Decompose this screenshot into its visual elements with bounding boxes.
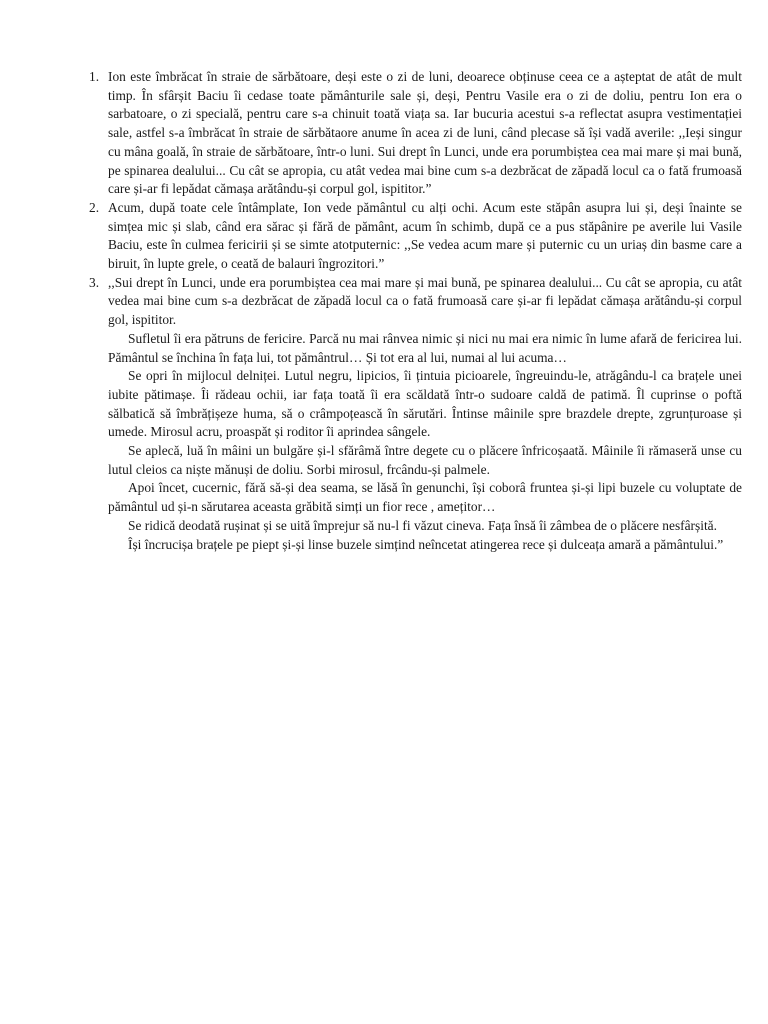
paragraph: Sufletul îi era pătruns de fericire. Par… <box>108 330 742 367</box>
quote-opening-paragraph: ,,Sui drept în Lunci, unde era porumbișt… <box>108 274 742 330</box>
paragraph: Apoi încet, cucernic, fără să-și dea sea… <box>108 479 742 516</box>
numbered-list: 1. Ion este îmbrăcat în straie de sărbăt… <box>88 68 742 554</box>
paragraph: Acum, după toate cele întâmplate, Ion ve… <box>108 199 742 274</box>
paragraph: Ion este îmbrăcat în straie de sărbătoar… <box>108 68 742 199</box>
list-number: 3. <box>89 274 99 293</box>
list-number: 1. <box>89 68 99 87</box>
list-item-2: 2. Acum, după toate cele întâmplate, Ion… <box>88 199 742 274</box>
paragraph: Se aplecă, luă în mâini un bulgăre și-l … <box>108 442 742 479</box>
document-page: 1. Ion este îmbrăcat în straie de sărbăt… <box>0 0 768 1024</box>
list-item-3: 3. ,,Sui drept în Lunci, unde era porumb… <box>88 274 742 555</box>
list-number: 2. <box>89 199 99 218</box>
paragraph: Se opri în mijlocul delniței. Lutul negr… <box>108 367 742 442</box>
paragraph: Își încrucișa brațele pe piept și-și lin… <box>108 536 742 555</box>
list-item-1: 1. Ion este îmbrăcat în straie de sărbăt… <box>88 68 742 199</box>
paragraph: Se ridică deodată rușinat și se uită împ… <box>108 517 742 536</box>
